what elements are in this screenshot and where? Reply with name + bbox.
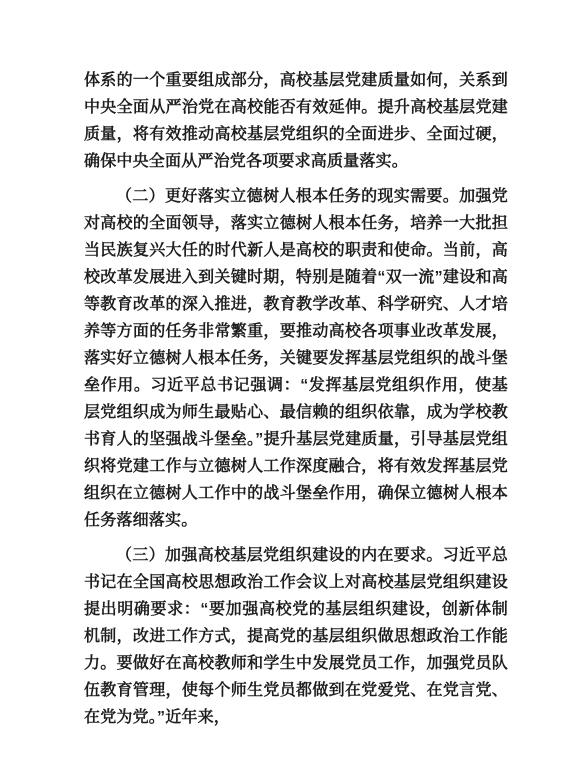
paragraph-continuation: 体系的一个重要组成部分，高校基层党建质量如何，关系到中央全面从严治党在高校能否有… <box>84 67 508 175</box>
document-page: 体系的一个重要组成部分，高校基层党建质量如何，关系到中央全面从严治党在高校能否有… <box>0 0 586 759</box>
paragraph-section-two: （二）更好落实立德树人根本任务的现实需要。加强党对高校的全面领导，落实立德树人根… <box>84 183 508 534</box>
paragraph-section-three: （三）加强高校基层党组织建设的内在要求。习近平总书记在全国高校思想政治工作会议上… <box>84 542 508 731</box>
